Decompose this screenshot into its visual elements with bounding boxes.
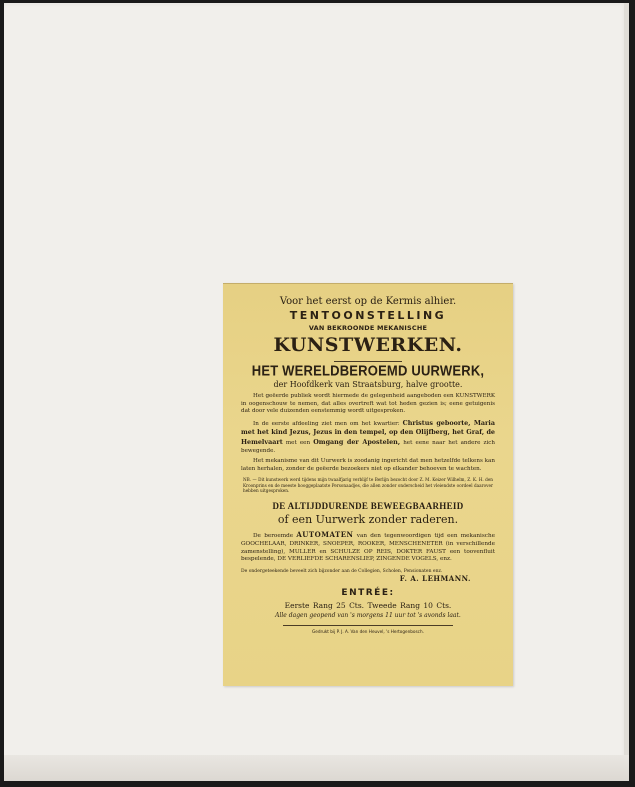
mount-bottom-shadow [4,755,629,781]
signature: F. A. LEHMANN. [400,574,471,583]
mount-edge [624,3,629,781]
opening-hours: Alle dagen geopend van 's morgens 11 uur… [241,613,495,620]
poster-headline-2: DE ALTIJDDURENDE BEWEEGBAARHEID [241,502,495,512]
nota-bene: NB. — Dit kunstwerk werd tijdens mijn tw… [241,477,495,494]
scenes-mid: met een [286,440,310,446]
poster: Voor het eerst op de Kermis alhier. TENT… [223,283,513,686]
poster-title-tentoonstelling: TENTOONSTELLING [241,310,495,322]
paragraph-scenes: In de eerste afdeeling ziet men om het k… [241,419,495,455]
automaten-bold: AUTOMATEN [296,530,353,539]
entree-heading: ENTRÉE: [241,589,495,599]
poster-headline-sub: der Hoofdkerk van Straatsburg, halve gro… [241,381,495,390]
poster-intro: Voor het eerst op de Kermis alhier. [241,296,495,307]
scenes-bold-2: Omgang der Apostelen, [313,438,400,446]
printer-credit: Gedrukt bij P. J. A. Van den Heuvel, 's … [241,630,495,635]
poster-headline: HET WERELDBEROEMD UURWERK, [241,363,495,379]
paragraph-automaten: De beroemde AUTOMATEN van den tegenwoord… [241,530,495,564]
paragraph-mechanism: Het mekanisme van dit Uurwerk is zoodani… [241,458,495,473]
automaten-intro: De beroemde [253,533,293,539]
prices: Eerste Rang 25 Cts. Tweede Rang 10 Cts. [241,602,495,610]
scenes-intro: In de eerste afdeeling ziet men om het k… [253,421,400,427]
divider-bottom [283,625,453,626]
poster-title-kunstwerken: KUNSTWERKEN. [241,335,495,356]
poster-headline-2-sub: of een Uurwerk zonder raderen. [241,514,495,526]
poster-subtitle: VAN BEKROONDE MEKANISCHE [241,325,495,332]
paragraph-intro: Het geëerde publiek wordt hiermede de ge… [241,393,495,416]
